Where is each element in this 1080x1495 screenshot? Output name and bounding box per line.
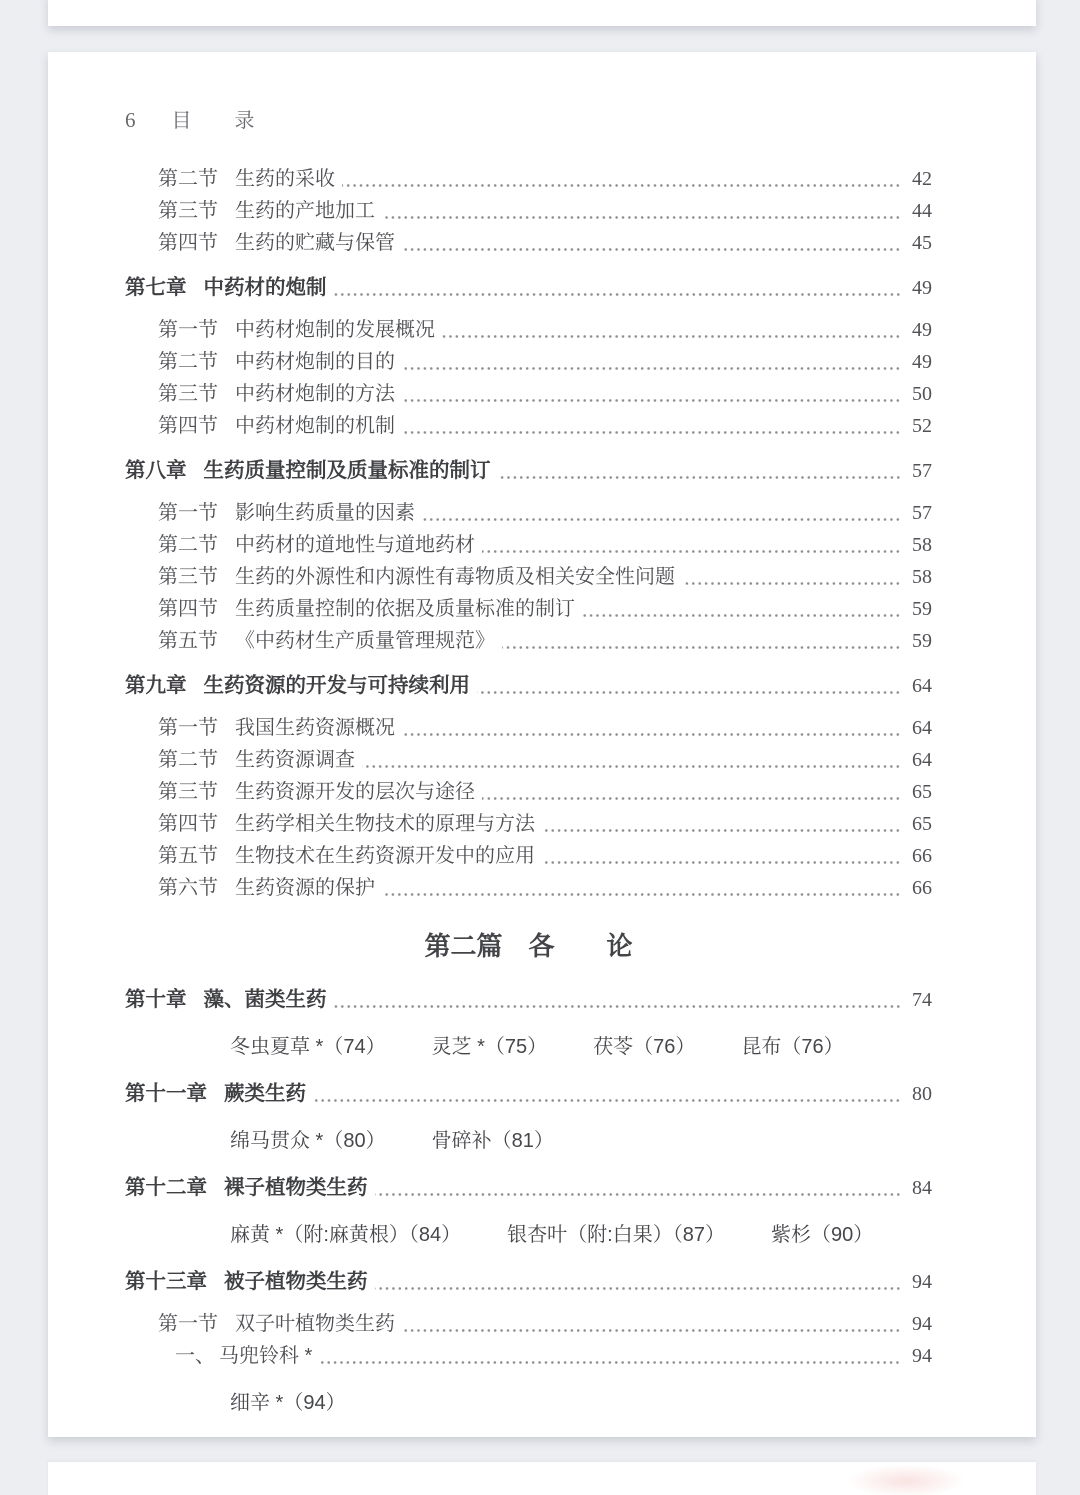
toc-entry-section: 第二节中药材炮制的目的49	[158, 346, 932, 378]
next-page-edge	[48, 1462, 1036, 1495]
dot-leader	[402, 430, 901, 435]
entry-title: 生药质量控制及质量标准的制订	[204, 455, 491, 487]
entry-page-number: 49	[904, 346, 932, 378]
dot-leader	[402, 1328, 901, 1333]
dot-leader	[402, 247, 901, 252]
entry-title: 影响生药质量的因素	[235, 497, 415, 529]
entry-title: 中药材炮制的机制	[235, 410, 395, 442]
entry-label: 第五节	[158, 625, 218, 657]
dot-leader	[402, 366, 901, 371]
entry-title: 我国生药资源概况	[235, 712, 395, 744]
toc-entry-section: 第一节我国生药资源概况64	[158, 712, 932, 744]
entry-title: 生药的采收	[235, 163, 335, 195]
entry-label: 第七章	[125, 272, 187, 304]
toc-entry-section: 第三节生药的外源性和内源性有毒物质及相关安全性问题58	[158, 561, 932, 593]
page-number: 6	[125, 108, 136, 133]
toc-entry-drugs: 绵马贯众 *（80）骨碎补（81）	[230, 1125, 932, 1157]
toc-entry-section: 第四节生药的贮藏与保管45	[158, 227, 932, 259]
entry-title: 中药材炮制的发展概况	[235, 314, 435, 346]
dot-leader	[382, 892, 901, 897]
toc-entry-chapter: 第十二章裸子植物类生药84	[125, 1172, 932, 1204]
dot-leader	[402, 398, 901, 403]
dot-leader	[542, 828, 901, 833]
entry-label: 第二节	[158, 163, 218, 195]
toc-entry-section: 第四节生药质量控制的依据及质量标准的制订59	[158, 593, 932, 625]
toc-entry-section: 第一节双子叶植物类生药94	[158, 1308, 932, 1340]
entry-title: 生药资源调查	[235, 744, 355, 776]
entry-label: 第十二章	[125, 1172, 207, 1204]
drug-entry: 茯苓（76）	[593, 1031, 695, 1063]
dot-leader	[334, 292, 902, 297]
toc-entry-section: 第一节中药材炮制的发展概况49	[158, 314, 932, 346]
drug-entry: 银杏叶（附:白果）（87）	[507, 1219, 725, 1251]
entry-title: 生物技术在生药资源开发中的应用	[235, 840, 535, 872]
toc-entry-drugs: 细辛 *（94）	[230, 1387, 932, 1419]
entry-page-number: 45	[904, 227, 932, 259]
toc-entry-section: 第一节影响生药质量的因素57	[158, 497, 932, 529]
entry-title: 生药的贮藏与保管	[235, 227, 395, 259]
entry-title: 生药质量控制的依据及质量标准的制订	[235, 593, 575, 625]
entry-title: 被子植物类生药	[224, 1266, 368, 1298]
dot-leader	[375, 1286, 902, 1291]
drug-entry: 绵马贯众 *（80）	[230, 1125, 386, 1157]
entry-label: 第五节	[158, 840, 218, 872]
toc-entry-section: 第五节生物技术在生药资源开发中的应用66	[158, 840, 932, 872]
toc-page: 6 目 录 第二节生药的采收42第三节生药的产地加工44第四节生药的贮藏与保管4…	[48, 52, 1036, 1437]
entry-title: 藻、菌类生药	[204, 984, 327, 1016]
entry-label: 第二节	[158, 744, 218, 776]
entry-label: 一、	[175, 1340, 215, 1372]
entry-page-number: 52	[904, 410, 932, 442]
dot-leader	[542, 860, 901, 865]
toc-entry-section: 第二节生药资源调查64	[158, 744, 932, 776]
entry-page-number: 65	[904, 776, 932, 808]
entry-title: 中药材炮制的方法	[235, 378, 395, 410]
entry-title: 蕨类生药	[224, 1078, 306, 1110]
toc-entry-section: 第二节中药材的道地性与道地药材58	[158, 529, 932, 561]
entry-title: 马兜铃科 *	[219, 1340, 312, 1372]
drug-entry: 昆布（76）	[741, 1031, 843, 1063]
entry-page-number: 80	[904, 1078, 932, 1110]
entry-page-number: 94	[904, 1340, 932, 1372]
entry-page-number: 58	[904, 561, 932, 593]
entry-title: 中药材炮制的目的	[235, 346, 395, 378]
toc-entry-chapter: 第七章中药材的炮制49	[125, 272, 932, 304]
entry-page-number: 66	[904, 872, 932, 904]
page-title: 目 录	[172, 104, 256, 133]
entry-page-number: 64	[904, 744, 932, 776]
toc-entry-section: 第三节生药资源开发的层次与途径65	[158, 776, 932, 808]
entry-title: 《中药材生产质量管理规范》	[235, 625, 495, 657]
dot-leader	[382, 215, 901, 220]
entry-label: 第一节	[158, 314, 218, 346]
drug-entry: 冬虫夏草 *（74）	[230, 1031, 386, 1063]
entry-label: 第十三章	[125, 1266, 207, 1298]
dot-leader	[422, 517, 901, 522]
toc-entry-section: 第三节生药的产地加工44	[158, 195, 932, 227]
entry-label: 第三节	[158, 561, 218, 593]
entry-page-number: 59	[904, 593, 932, 625]
drug-entry: 紫杉（90）	[771, 1219, 873, 1251]
entry-page-number: 59	[904, 625, 932, 657]
entry-label: 第二节	[158, 529, 218, 561]
entry-label: 第十一章	[125, 1078, 207, 1110]
dot-leader	[362, 764, 901, 769]
toc-entry-section: 第四节中药材炮制的机制52	[158, 410, 932, 442]
entry-page-number: 94	[904, 1266, 932, 1298]
entry-label: 第一节	[158, 497, 218, 529]
entry-label: 第四节	[158, 410, 218, 442]
toc-entry-chapter: 第十章藻、菌类生药74	[125, 984, 932, 1016]
toc-entry-chapter: 第八章生药质量控制及质量标准的制订57	[125, 455, 932, 487]
entry-title: 生药学相关生物技术的原理与方法	[235, 808, 535, 840]
entry-page-number: 42	[904, 163, 932, 195]
entry-title: 中药材的炮制	[204, 272, 327, 304]
dot-leader	[482, 549, 901, 554]
dot-leader	[313, 1098, 901, 1103]
toc-entry-chapter: 第十三章被子植物类生药94	[125, 1266, 932, 1298]
entry-page-number: 57	[904, 455, 932, 487]
entry-label: 第九章	[125, 670, 187, 702]
entry-page-number: 84	[904, 1172, 932, 1204]
entry-label: 第四节	[158, 227, 218, 259]
entry-page-number: 64	[904, 712, 932, 744]
entry-title: 生药的外源性和内源性有毒物质及相关安全性问题	[235, 561, 675, 593]
dot-leader	[502, 645, 901, 650]
entry-page-number: 65	[904, 808, 932, 840]
page-stain	[846, 1464, 966, 1495]
toc-entry-section: 第三节中药材炮制的方法50	[158, 378, 932, 410]
entry-label: 第二节	[158, 346, 218, 378]
entry-label: 第三节	[158, 195, 218, 227]
entry-label: 第四节	[158, 593, 218, 625]
drug-entry: 细辛 *（94）	[230, 1387, 346, 1419]
toc-entry-chapter: 第九章生药资源的开发与可持续利用64	[125, 670, 932, 702]
entry-label: 第一节	[158, 712, 218, 744]
toc-entry-drugs: 冬虫夏草 *（74）灵芝 *（75）茯苓（76）昆布（76）	[230, 1031, 932, 1063]
entry-title: 裸子植物类生药	[224, 1172, 368, 1204]
dot-leader	[402, 732, 901, 737]
dot-leader	[342, 183, 901, 188]
dot-leader	[375, 1192, 902, 1197]
page-header: 6 目 录	[125, 104, 932, 133]
toc-list: 第二节生药的采收42第三节生药的产地加工44第四节生药的贮藏与保管45第七章中药…	[125, 163, 932, 1419]
entry-page-number: 50	[904, 378, 932, 410]
dot-leader	[319, 1360, 901, 1365]
entry-label: 第十章	[125, 984, 187, 1016]
toc-entry-chapter: 第十一章蕨类生药80	[125, 1078, 932, 1110]
entry-title: 双子叶植物类生药	[235, 1308, 395, 1340]
entry-page-number: 57	[904, 497, 932, 529]
entry-page-number: 49	[904, 314, 932, 346]
drug-entry: 灵芝 *（75）	[432, 1031, 548, 1063]
toc-entry-section: 第五节《中药材生产质量管理规范》59	[158, 625, 932, 657]
toc-entry-sub: 一、马兜铃科 *94	[175, 1340, 932, 1372]
toc-entry-section: 第二节生药的采收42	[158, 163, 932, 195]
dot-leader	[482, 796, 901, 801]
entry-page-number: 58	[904, 529, 932, 561]
dot-leader	[682, 581, 901, 586]
entry-page-number: 74	[904, 984, 932, 1016]
entry-page-number: 44	[904, 195, 932, 227]
entry-label: 第三节	[158, 776, 218, 808]
entry-label: 第六节	[158, 872, 218, 904]
dot-leader	[442, 334, 901, 339]
entry-title: 生药资源开发的层次与途径	[235, 776, 475, 808]
entry-label: 第一节	[158, 1308, 218, 1340]
previous-page-edge	[48, 0, 1036, 26]
entry-label: 第四节	[158, 808, 218, 840]
dot-leader	[334, 1004, 902, 1009]
toc-entry-section: 第六节生药资源的保护66	[158, 872, 932, 904]
drug-entry: 麻黄 *（附:麻黄根）（84）	[230, 1219, 461, 1251]
entry-page-number: 66	[904, 840, 932, 872]
drug-entry: 骨碎补（81）	[432, 1125, 554, 1157]
toc-entry-section: 第四节生药学相关生物技术的原理与方法65	[158, 808, 932, 840]
entry-title: 中药材的道地性与道地药材	[235, 529, 475, 561]
entry-page-number: 64	[904, 670, 932, 702]
entry-page-number: 94	[904, 1308, 932, 1340]
entry-title: 生药的产地加工	[235, 195, 375, 227]
toc-entry-part: 第二篇 各 论	[125, 926, 932, 966]
entry-title: 生药资源的保护	[235, 872, 375, 904]
entry-label: 第三节	[158, 378, 218, 410]
dot-leader	[582, 613, 901, 618]
entry-title: 生药资源的开发与可持续利用	[204, 670, 471, 702]
entry-label: 第八章	[125, 455, 187, 487]
entry-page-number: 49	[904, 272, 932, 304]
dot-leader	[477, 690, 901, 695]
toc-entry-drugs: 麻黄 *（附:麻黄根）（84）银杏叶（附:白果）（87）紫杉（90）	[230, 1219, 932, 1251]
dot-leader	[498, 475, 902, 480]
